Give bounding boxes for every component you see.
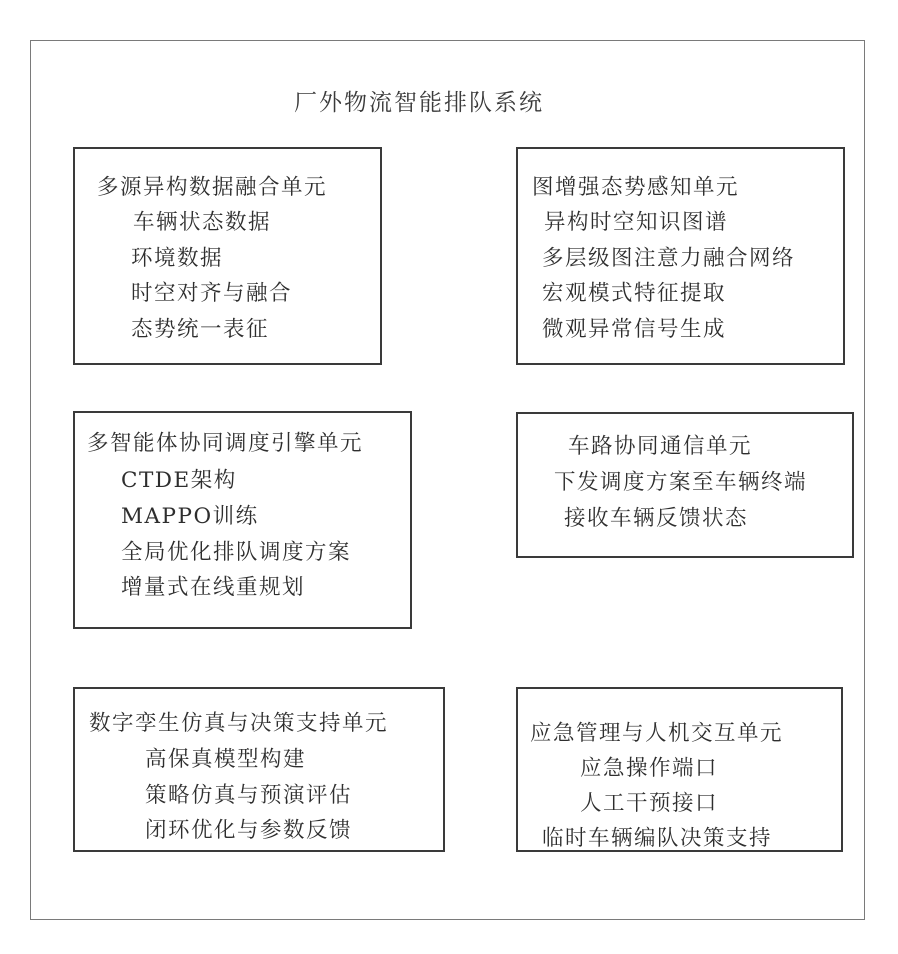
unit-title: 车路协同通信单元 [568, 436, 752, 458]
unit-title: 图增强态势感知单元 [532, 177, 739, 199]
unit-item: 应急操作端口 [580, 758, 718, 780]
unit-item: 策略仿真与预演评估 [145, 785, 352, 807]
unit-item: 态势统一表征 [131, 319, 269, 341]
unit-item: 环境数据 [131, 248, 223, 270]
unit-title: 多智能体协同调度引擎单元 [87, 433, 363, 455]
unit-item: 临时车辆编队决策支持 [542, 828, 772, 850]
unit-item: 微观异常信号生成 [542, 319, 726, 341]
unit-item: 异构时空知识图谱 [544, 212, 728, 234]
unit-title: 多源异构数据融合单元 [97, 177, 327, 199]
unit-item: 时空对齐与融合 [131, 283, 292, 305]
unit-multi-source-fusion: 多源异构数据融合单元 车辆状态数据 环境数据 时空对齐与融合 态势统一表征 [73, 147, 382, 365]
unit-item: 多层级图注意力融合网络 [542, 248, 795, 270]
unit-item: 接收车辆反馈状态 [564, 508, 748, 530]
unit-digital-twin: 数字孪生仿真与决策支持单元 高保真模型构建 策略仿真与预演评估 闭环优化与参数反… [73, 687, 445, 852]
unit-item: 全局优化排队调度方案 [121, 542, 351, 564]
unit-item: 人工干预接口 [580, 793, 718, 815]
unit-emergency-hmi: 应急管理与人机交互单元 应急操作端口 人工干预接口 临时车辆编队决策支持 [516, 687, 843, 852]
unit-multi-agent-scheduling: 多智能体协同调度引擎单元 CTDE架构 MAPPO训练 全局优化排队调度方案 增… [73, 411, 412, 629]
unit-item: 增量式在线重规划 [121, 577, 305, 599]
unit-item: MAPPO训练 [121, 506, 259, 528]
unit-v2x-communication: 车路协同通信单元 下发调度方案至车辆终端 接收车辆反馈状态 [516, 412, 854, 558]
unit-item: CTDE架构 [121, 470, 237, 492]
unit-item: 宏观模式特征提取 [542, 283, 726, 305]
system-title: 厂外物流智能排队系统 [0, 84, 868, 117]
unit-item: 高保真模型构建 [145, 749, 306, 771]
unit-item: 下发调度方案至车辆终端 [554, 472, 807, 494]
unit-item: 闭环优化与参数反馈 [145, 820, 352, 842]
unit-item: 车辆状态数据 [133, 212, 271, 234]
unit-title: 应急管理与人机交互单元 [530, 723, 783, 745]
unit-title: 数字孪生仿真与决策支持单元 [89, 713, 388, 735]
unit-graph-situation-awareness: 图增强态势感知单元 异构时空知识图谱 多层级图注意力融合网络 宏观模式特征提取 … [516, 147, 845, 365]
